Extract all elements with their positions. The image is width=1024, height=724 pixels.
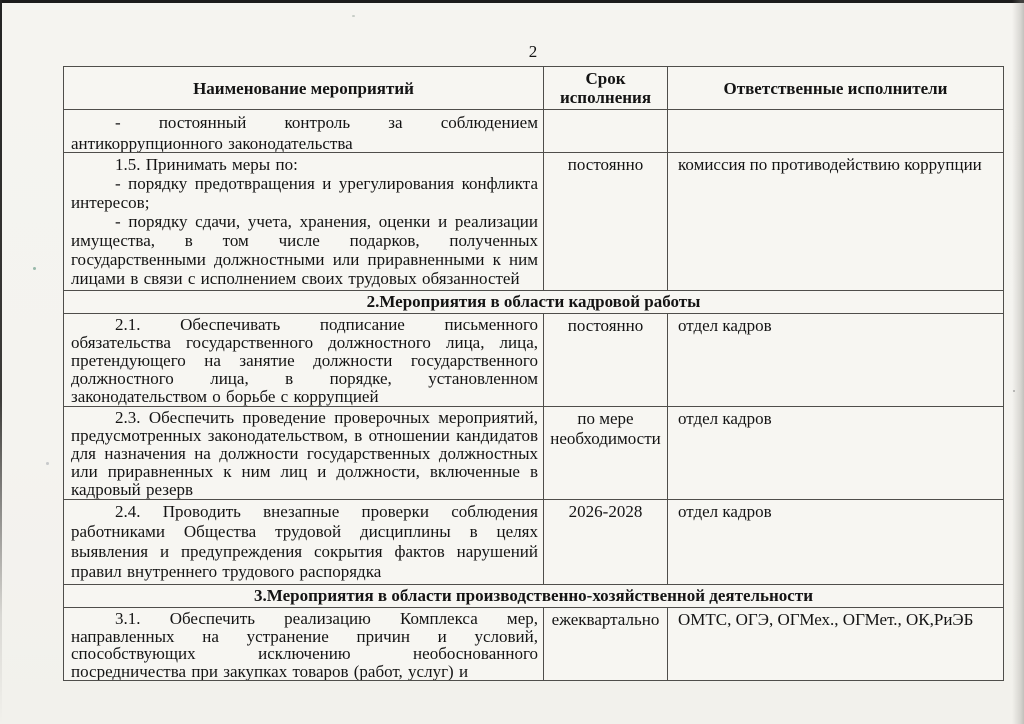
table-row: 2.3. Обеспечить проведение проверочных м… [64, 407, 1004, 500]
table-row: 1.5. Принимать меры по: - порядку предот… [64, 153, 1004, 291]
activity-paragraph: 3.1. Обеспечить реализацию Комплекса мер… [71, 610, 538, 680]
activity-cell: 2.3. Обеспечить проведение проверочных м… [64, 407, 544, 500]
table-header-row: Наименование мероприятий Срок исполнения… [64, 67, 1004, 110]
responsible-cell: отдел кадров [668, 314, 1004, 407]
column-header-deadline: Срок исполнения [544, 67, 668, 110]
activity-paragraph: 1.5. Принимать меры по: [71, 155, 538, 174]
responsible-cell: отдел кадров [668, 500, 1004, 585]
deadline-cell: постоянно [544, 153, 668, 291]
table-row: 3.1. Обеспечить реализацию Комплекса мер… [64, 608, 1004, 681]
responsible-cell: отдел кадров [668, 407, 1004, 500]
activity-paragraph: 2.1. Обеспечивать подписание письменного… [71, 316, 538, 406]
deadline-cell: по мере необходимости [544, 407, 668, 500]
deadline-cell: ежеквартально [544, 608, 668, 681]
table-row: 2.1. Обеспечивать подписание письменного… [64, 314, 1004, 407]
scanned-page: 2 Наименование мероприятий Срок исполнен… [0, 0, 1024, 724]
activity-cell: 3.1. Обеспечить реализацию Комплекса мер… [64, 608, 544, 681]
activity-paragraph: - порядку предотвращения и урегулировани… [71, 174, 538, 212]
responsible-cell [668, 110, 1004, 153]
scan-edge-right [1012, 0, 1024, 724]
scan-speck [33, 267, 36, 270]
deadline-cell [544, 110, 668, 153]
activities-table: Наименование мероприятий Срок исполнения… [63, 66, 1004, 681]
responsible-cell: ОМТС, ОГЭ, ОГМех., ОГМет., ОК,РиЭБ [668, 608, 1004, 681]
activity-paragraph: - постоянный контроль за соблюдением ант… [71, 112, 538, 152]
section-title: 3.Мероприятия в области производственно-… [64, 585, 1004, 608]
page-number: 2 [63, 42, 1003, 62]
section-title: 2.Мероприятия в области кадровой работы [64, 291, 1004, 314]
section-header-row: 3.Мероприятия в области производственно-… [64, 585, 1004, 608]
scan-speck [1013, 390, 1015, 392]
activity-cell: 2.4. Проводить внезапные проверки соблюд… [64, 500, 544, 585]
activity-paragraph: 2.3. Обеспечить проведение проверочных м… [71, 409, 538, 499]
column-header-responsible: Ответственные исполнители [668, 67, 1004, 110]
deadline-cell: постоянно [544, 314, 668, 407]
activity-cell: 1.5. Принимать меры по: - порядку предот… [64, 153, 544, 291]
activity-cell: 2.1. Обеспечивать подписание письменного… [64, 314, 544, 407]
column-header-activities: Наименование мероприятий [64, 67, 544, 110]
scan-speck [46, 462, 49, 465]
scan-speck [352, 15, 355, 17]
scan-edge-top [0, 0, 1024, 3]
table-row: 2.4. Проводить внезапные проверки соблюд… [64, 500, 1004, 585]
section-header-row: 2.Мероприятия в области кадровой работы [64, 291, 1004, 314]
activity-paragraph: 2.4. Проводить внезапные проверки соблюд… [71, 502, 538, 582]
table-row: - постоянный контроль за соблюдением ант… [64, 110, 1004, 153]
responsible-cell: комиссия по противодействию коррупции [668, 153, 1004, 291]
activity-paragraph: - порядку сдачи, учета, хранения, оценки… [71, 212, 538, 288]
activity-cell: - постоянный контроль за соблюдением ант… [64, 110, 544, 153]
scan-edge-left [0, 0, 2, 724]
deadline-cell: 2026-2028 [544, 500, 668, 585]
